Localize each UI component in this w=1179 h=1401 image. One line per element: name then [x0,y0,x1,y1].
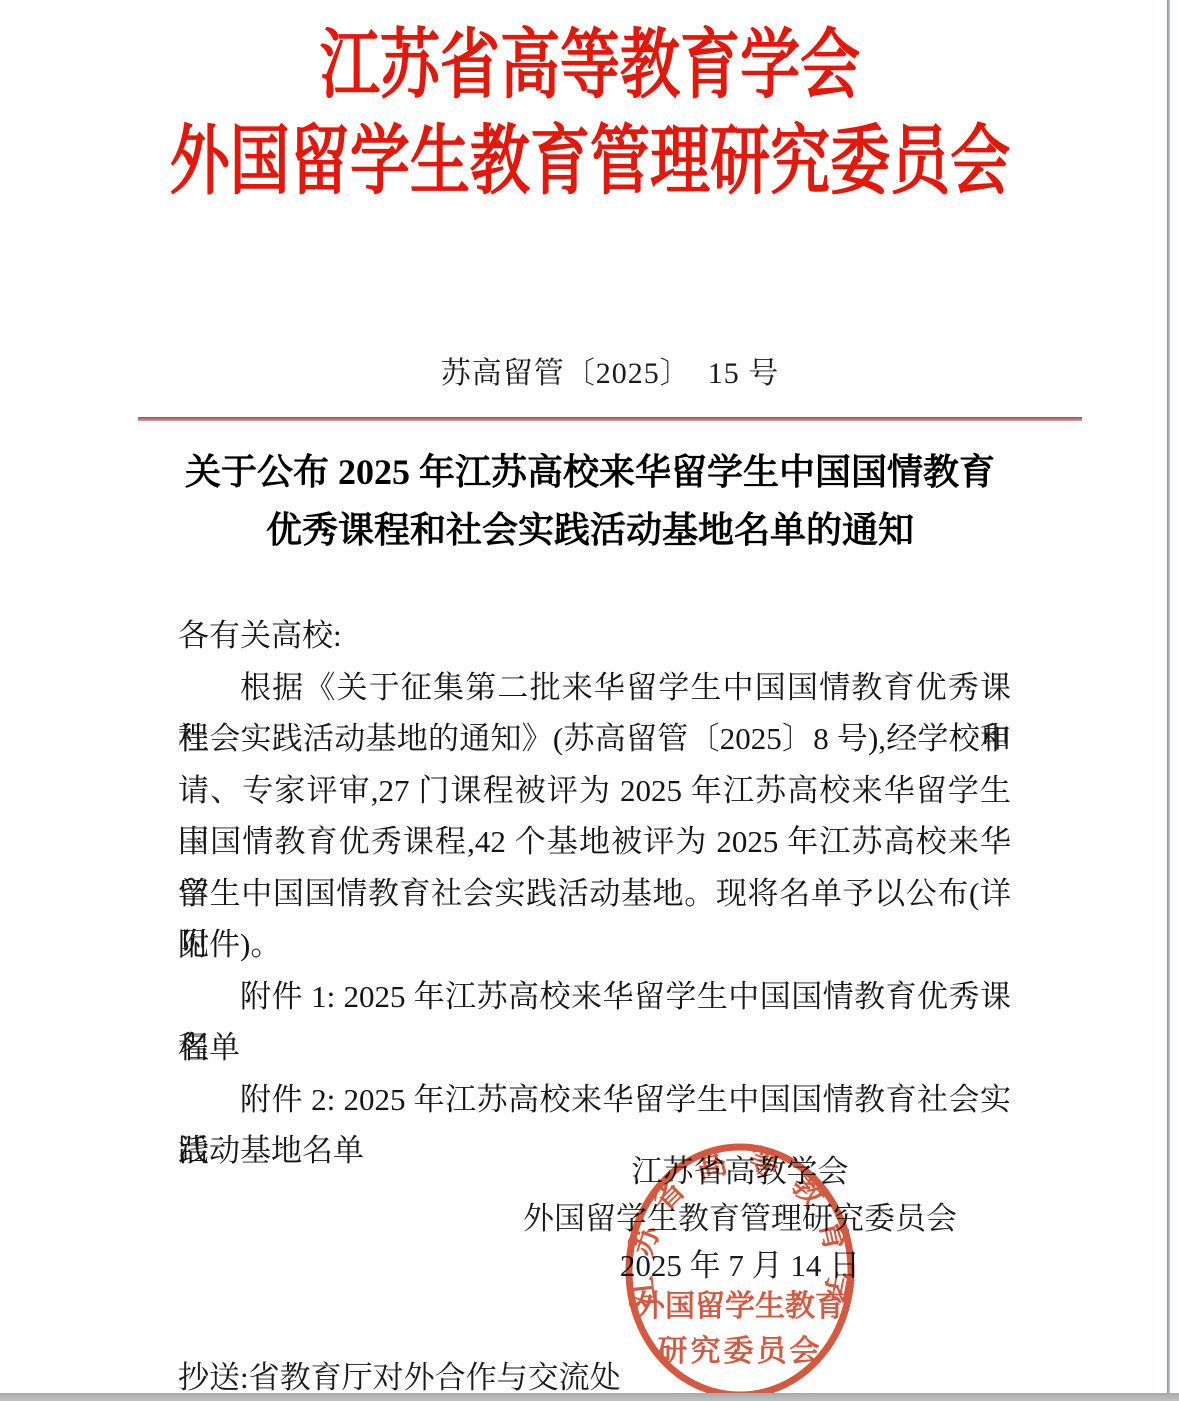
title-line-2: 优秀课程和社会实践活动基地名单的通知 [118,501,1062,559]
document-number: 苏高留管〔2025〕 15 号 [138,348,1082,392]
title-line-1: 关于公布 2025 年江苏高校来华留学生中国国情教育 [118,443,1062,501]
body-line: 国国情教育优秀课程,42 个基地被评为 2025 年江苏高校来华留 [178,816,1011,868]
body-line: 名单 [178,1022,1011,1074]
body-text: 各有关高校:根据《关于征集第二批来华留学生中国国情教育优秀课程和社会实践活动基地… [178,610,1011,1177]
body-line: 请、专家评审,27 门课程被评为 2025 年江苏高校来华留学生中 [178,765,1011,817]
header-line-1-text: 江苏省高等教育学会 [319,18,859,114]
body-line: 附件 2: 2025 年江苏高校来华留学生中国国情教育社会实践 [178,1074,1011,1126]
scan-edge-right [1167,0,1170,1401]
header-line-1: 江苏省高等教育学会 [0,18,1179,114]
body-line: 附件 1: 2025 年江苏高校来华留学生中国国情教育优秀课程 [178,971,1011,1023]
body-line: 学生中国国情教育社会实践活动基地。现将名单予以公布(详见 [178,868,1011,920]
cc-line: 抄送:省教育厅对外合作与交流处 [178,1352,621,1397]
body-line: 社会实践活动基地的通知》(苏高留管〔2025〕8 号),经学校申 [178,713,1011,765]
official-seal: 江苏省高等教育学会 外国留学生教育 研究委员会 [622,1140,858,1401]
header-line-2: 外国留学生教育管理研究委员会 [0,114,1179,210]
body-line: 各有关高校: [178,610,1011,662]
org-header: 江苏省高等教育学会 外国留学生教育管理研究委员会 [0,18,1179,210]
document-title: 关于公布 2025 年江苏高校来华留学生中国国情教育 优秀课程和社会实践活动基地… [118,443,1062,559]
document-page: 江苏省高等教育学会 外国留学生教育管理研究委员会 苏高留管〔2025〕 15 号… [0,0,1179,1401]
red-divider-line [138,417,1082,421]
seal-center-line-1: 外国留学生教育 [635,1289,845,1323]
body-line: 附件)。 [178,919,1011,971]
seal-center-line-2: 研究委员会 [658,1334,823,1368]
header-line-2-text: 外国留学生教育管理研究委员会 [169,114,1010,210]
body-line: 根据《关于征集第二批来华留学生中国国情教育优秀课程和 [178,662,1011,714]
scan-edge-bottom [0,1393,1179,1401]
